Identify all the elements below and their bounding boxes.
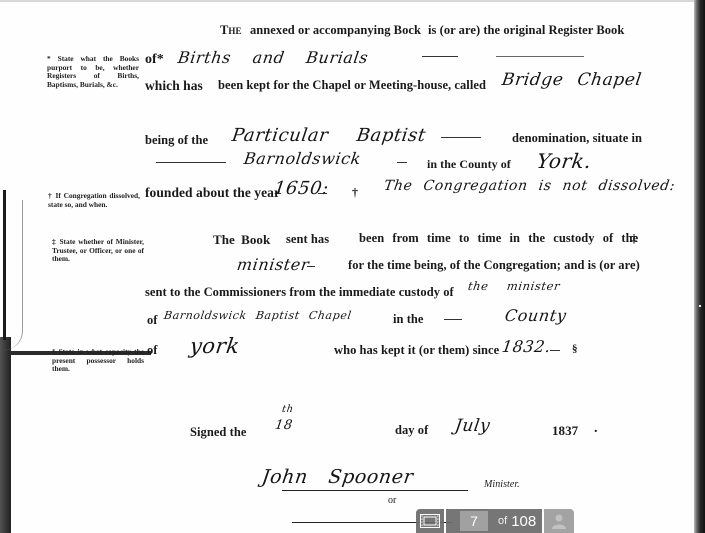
page-right-edge xyxy=(694,0,705,533)
fill-dash xyxy=(422,56,458,57)
edge-speck xyxy=(699,305,701,307)
filmstrip-icon xyxy=(420,514,440,528)
fill-dash xyxy=(496,56,584,57)
current-page-input[interactable] xyxy=(460,511,488,531)
place-label-b: in the xyxy=(393,312,424,327)
signed-label-a: Signed the xyxy=(190,425,246,440)
chapel-label-b: been kept for the Chapel or Meeting-hous… xyxy=(218,78,486,93)
fill-dash xyxy=(156,162,226,163)
location-town: Barnoldswick xyxy=(243,149,363,168)
sent-value: the minister xyxy=(467,279,561,293)
denomination-value: Particular Baptist xyxy=(231,125,428,146)
filmstrip-button[interactable] xyxy=(416,509,444,533)
user-profile-button[interactable] xyxy=(544,509,574,533)
image-viewer-toolbar: of 108 xyxy=(416,509,574,533)
section-mark: § xyxy=(572,343,578,355)
chapel-label-a: which has xyxy=(145,78,203,94)
signed-day-suffix: th xyxy=(281,404,294,415)
signed-label-b: day of xyxy=(395,423,428,438)
custody-label-a: The Book xyxy=(213,232,270,248)
role-value: minister xyxy=(236,255,311,274)
binding-curve xyxy=(4,200,23,350)
chapel-value: Bridge Chapel xyxy=(501,70,643,90)
margin-note-minister: ‡ State whether of Minister, Trustee, or… xyxy=(52,238,144,264)
signature-title: Minister. xyxy=(484,479,520,490)
scanned-document-page: The annexed or accompanying Bock is (or … xyxy=(0,0,705,533)
place-label-a: of xyxy=(147,313,158,328)
top-border xyxy=(0,0,705,2)
place-value: Barnoldswick Baptist Chapel xyxy=(163,309,352,322)
header-text-b: is (or are) the original Register Book xyxy=(428,23,624,38)
role-label: for the time being, of the Congregation;… xyxy=(348,258,640,273)
signature-or: or xyxy=(388,495,396,506)
margin-note-dissolved: † If Congregation dissolved, state so, a… xyxy=(48,192,140,209)
denomination-label-b: denomination, situate in xyxy=(512,131,642,146)
page-left-binding xyxy=(0,337,11,533)
user-icon xyxy=(550,512,568,530)
fill-dash xyxy=(550,350,560,351)
founded-year: 1650: xyxy=(273,178,331,199)
fill-dash xyxy=(307,266,315,267)
signed-month: July xyxy=(454,416,492,436)
page-navigator: of 108 xyxy=(446,509,542,533)
kept-value: york xyxy=(188,334,241,358)
header-lead: The xyxy=(220,23,242,38)
signature-name: John Spooner xyxy=(260,466,414,488)
fill-dash xyxy=(318,193,327,194)
margin-note-books: * State what the Books purport to be, wh… xyxy=(47,55,139,89)
kept-year: 1832. xyxy=(501,337,552,356)
custody-label-c: been from time to time in the custody of… xyxy=(359,231,638,246)
fill-dash xyxy=(397,162,407,163)
signature-underline xyxy=(282,490,468,491)
founded-note: The Congregation is not dissolved: xyxy=(383,178,676,194)
sent-label: sent to the Commissioners from the immed… xyxy=(145,285,454,300)
signed-day: 18 xyxy=(274,418,294,433)
fill-dash xyxy=(444,319,462,320)
founded-label: founded about the year xyxy=(145,185,280,201)
fill-dash xyxy=(441,137,481,138)
place-value-b: County xyxy=(504,306,568,325)
header-text-a: annexed or accompanying Bock xyxy=(250,23,421,38)
kept-label-b: who has kept it (or them) since xyxy=(334,343,499,358)
signed-period: . xyxy=(594,421,598,437)
kept-label-a: of xyxy=(147,343,158,358)
margin-note-capacity: § State in what capacity the present pos… xyxy=(52,348,144,374)
denomination-label-a: being of the xyxy=(145,133,208,148)
double-dagger-mark: ‡ xyxy=(631,231,637,246)
total-pages: 108 xyxy=(511,513,536,530)
custody-label-b: sent has xyxy=(286,232,329,247)
books-label: of* xyxy=(145,52,164,68)
dagger-mark: † xyxy=(352,185,358,200)
signed-year: 1837 xyxy=(552,423,578,439)
location-label: in the County of xyxy=(427,157,511,172)
books-value: Births and Burials xyxy=(177,48,370,67)
page-of-label: of xyxy=(498,515,507,527)
location-county: York. xyxy=(535,149,593,173)
